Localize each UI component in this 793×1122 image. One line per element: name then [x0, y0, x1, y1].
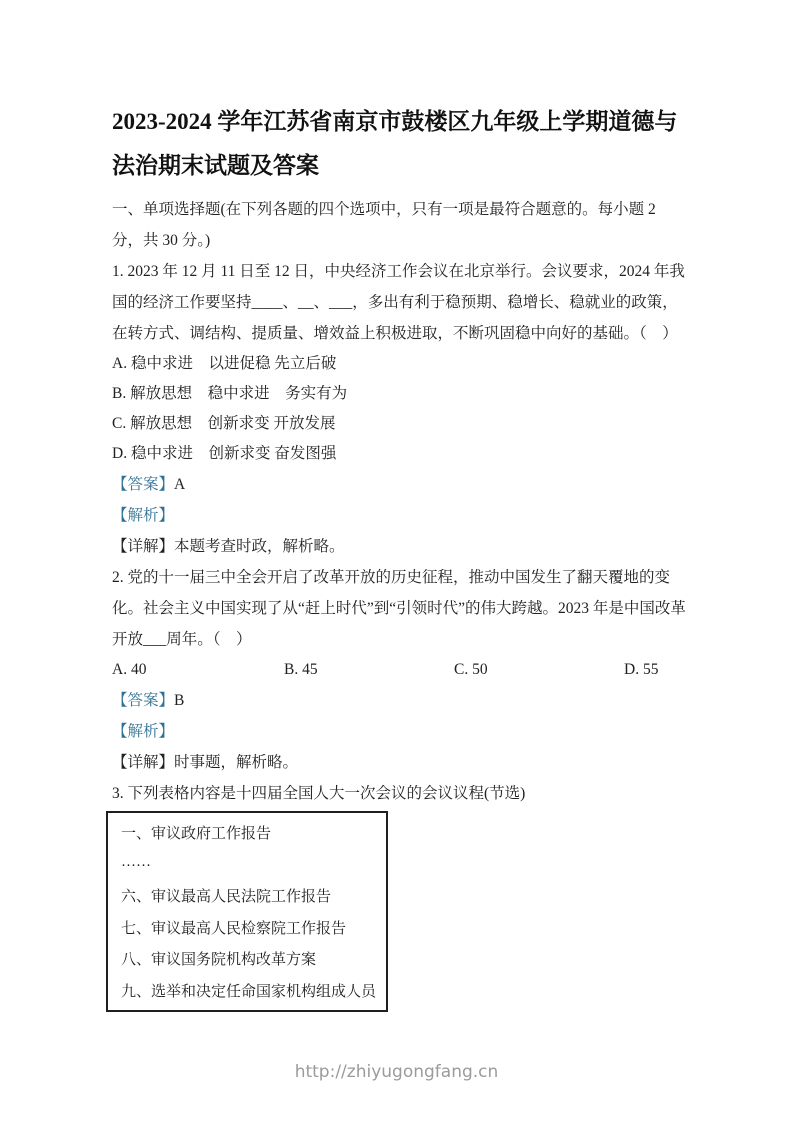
question-1-option-b: B. 解放思想 稳中求进 务实有为: [112, 379, 687, 409]
agenda-row: ······: [121, 851, 380, 883]
agenda-row: 七、审议最高人民检察院工作报告: [121, 914, 380, 946]
analysis-tag: 【解析】: [112, 507, 174, 524]
question-1-detail: 【详解】本题考查时政，解析略。: [112, 531, 687, 562]
question-2-detail: 【详解】时事题，解析略。: [112, 747, 687, 778]
question-2-options-row: A. 40 B. 45 C. 50 D. 55: [112, 655, 687, 685]
question-2-option-b: B. 45: [284, 655, 454, 685]
question-2-answer-line: 【答案】B: [112, 685, 687, 716]
question-1-option-a: A. 稳中求进 以进促稳 先立后破: [112, 349, 687, 379]
question-2-option-c: C. 50: [454, 655, 624, 685]
answer-value: A: [174, 476, 185, 493]
question-3-agenda-table: 一、审议政府工作报告 ······ 六、审议最高人民法院工作报告 七、审议最高人…: [106, 811, 388, 1012]
agenda-row: 六、审议最高人民法院工作报告: [121, 882, 380, 914]
answer-tag: 【答案】: [112, 476, 174, 493]
page-title: 2023-2024 学年江苏省南京市鼓楼区九年级上学期道德与法治期末试题及答案: [112, 100, 687, 188]
exam-document-page: 2023-2024 学年江苏省南京市鼓楼区九年级上学期道德与法治期末试题及答案 …: [0, 0, 793, 1122]
question-1-option-d: D. 稳中求进 创新求变 奋发图强: [112, 439, 687, 469]
answer-tag: 【答案】: [112, 692, 174, 709]
question-2-stem: 2. 党的十一届三中全会开启了改革开放的历史征程，推动中国发生了翻天覆地的变化。…: [112, 562, 687, 655]
question-1-analysis-line: 【解析】: [112, 500, 687, 531]
section-header: 一、单项选择题(在下列各题的四个选项中，只有一项是最符合题意的。每小题 2 分，…: [112, 194, 687, 256]
question-1-option-c: C. 解放思想 创新求变 开放发展: [112, 409, 687, 439]
watermark-url: http://zhiyugongfang.cn: [0, 1062, 793, 1082]
question-1-answer-line: 【答案】A: [112, 469, 687, 500]
agenda-row: 一、审议政府工作报告: [121, 819, 380, 851]
question-2-analysis-line: 【解析】: [112, 716, 687, 747]
agenda-row: 八、审议国务院机构改革方案: [121, 945, 380, 977]
agenda-row: 九、选举和决定任命国家机构组成人员: [121, 977, 380, 1009]
question-3-stem: 3. 下列表格内容是十四届全国人大一次会议的会议议程(节选): [112, 778, 687, 809]
question-2-option-a: A. 40: [112, 655, 284, 685]
question-1-stem: 1. 2023 年 12 月 11 日至 12 日，中央经济工作会议在北京举行。…: [112, 256, 687, 349]
question-2-option-d: D. 55: [624, 655, 687, 685]
analysis-tag: 【解析】: [112, 723, 174, 740]
answer-value: B: [174, 692, 184, 709]
